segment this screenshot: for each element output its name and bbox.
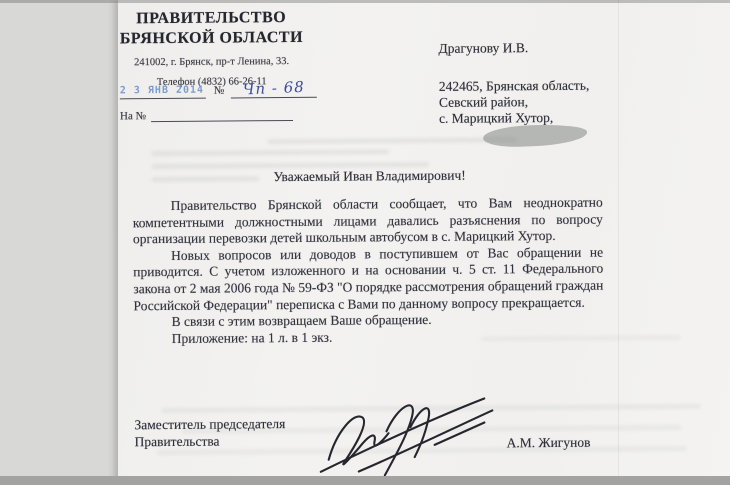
signer-name: А.М. Жигунов — [507, 435, 591, 452]
outgoing-number-cell: Чп - 68 — [230, 79, 316, 99]
recipient-block: Драгунову И.В. 242465, Брянская область,… — [438, 40, 589, 127]
bleed-through-mark — [151, 149, 389, 156]
reference-row: На № — [120, 108, 293, 122]
signer-title-line1: Заместитель председателя — [134, 415, 285, 433]
org-name-line2: БРЯНСКОЙ ОБЛАСТИ — [106, 28, 316, 50]
registration-row: 2 3 ЯНВ 2014№Чп - 68 — [120, 79, 330, 100]
photo-bottom-edge — [0, 476, 730, 485]
recipient-name: Драгунову И.В. — [438, 40, 589, 57]
salutation: Уважаемый Иван Владимирович! — [273, 168, 465, 186]
body-paragraph-1: Правительство Брянской области сообщает,… — [133, 195, 603, 248]
attachment-note: Приложение: на 1 л. в 1 экз. — [134, 327, 604, 347]
recipient-address-line3: с. Марицкий Хутор, — [439, 110, 590, 127]
signer-title: Заместитель председателя Правительства — [134, 415, 285, 450]
number-sign-label: № — [214, 85, 225, 99]
reference-blank-line — [151, 108, 293, 122]
body-paragraph-2: Новых вопросов или доводов в поступившем… — [133, 244, 604, 314]
org-address: 241002, г. Брянск, пр-т Ленина, 33. — [107, 55, 317, 70]
bleed-through-mark — [151, 176, 259, 182]
bleed-through-mark — [267, 137, 517, 144]
signer-title-line2: Правительства — [134, 432, 285, 450]
letter-content: ПРАВИТЕЛЬСТВО БРЯНСКОЙ ОБЛАСТИ 241002, г… — [0, 0, 730, 485]
reference-label: На № — [120, 110, 146, 122]
letterhead: ПРАВИТЕЛЬСТВО БРЯНСКОЙ ОБЛАСТИ 241002, г… — [106, 8, 317, 90]
photo-top-edge — [0, 0, 730, 3]
handwritten-outgoing-number: Чп - 68 — [242, 78, 305, 99]
letter-body: Правительство Брянской области сообщает,… — [133, 195, 604, 348]
date-stamp-cell: 2 3 ЯНВ 2014 — [120, 84, 206, 100]
org-name-line1: ПРАВИТЕЛЬСТВО — [106, 8, 316, 30]
handwritten-signature — [306, 386, 502, 483]
recipient-address-line1: 242465, Брянская область, — [439, 78, 590, 95]
recipient-address-line2: Севский район, — [439, 94, 590, 111]
scanned-letter-photo: ПРАВИТЕЛЬСТВО БРЯНСКОЙ ОБЛАСТИ 241002, г… — [0, 0, 730, 485]
redacted-address-blob — [483, 123, 588, 148]
incoming-date-stamp: 2 3 ЯНВ 2014 — [120, 85, 204, 97]
